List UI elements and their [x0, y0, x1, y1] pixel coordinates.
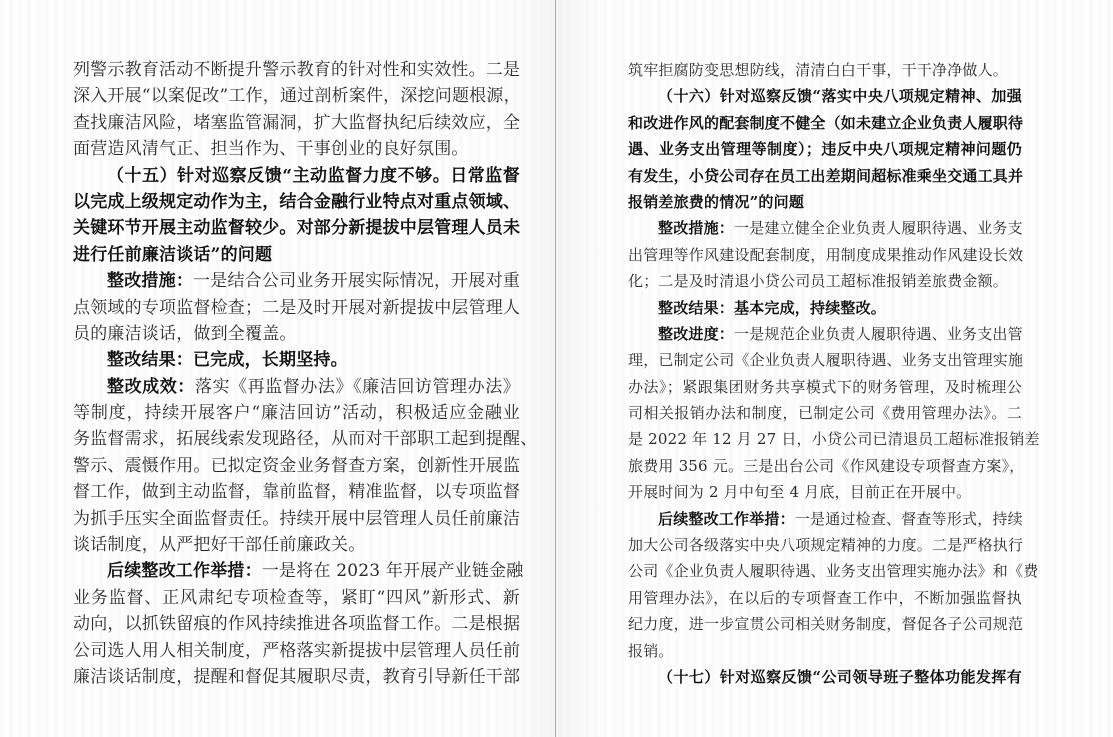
text-line: 廉洁谈话制度，提醒和督促其履职尽责，教育引导新任干部: [73, 664, 520, 690]
page-left: 列警示教育活动不断提升警示教育的针对性和实效性。二是深入开展“以案促改”工作，通…: [0, 0, 555, 737]
text-segment: 一是结合公司业务开展实际情况，开展对重: [193, 271, 520, 291]
text-line: 公司《企业负责人履职待遇、业务支出管理实施办法》和《费: [628, 558, 1022, 584]
page-right: 筑牢拒腐防变思想防线，清清白白干事，干干净净做人。（十六）针对巡察反馈“落实中央…: [556, 0, 1113, 737]
text-segment: 警示、震慑作用。已拟定资金业务督查方案，创新性开展监: [73, 456, 520, 476]
bold-text-segment: （十六）针对巡察反馈“落实中央八项规定精神、加强: [658, 87, 1022, 105]
text-line: 员的廉洁谈话，做到全覆盖。: [73, 321, 520, 347]
text-line: 动向，以抓铁留痕的作风持续推进各项监督工作。二是根据: [73, 611, 520, 637]
text-line: 开展时间为 2 月中旬至 4 月底，目前正在开展中。: [628, 479, 1022, 505]
bold-text-segment: 进行任前廉洁谈话”的问题: [73, 245, 272, 265]
text-segment: 谈话制度，从严把好干部任前廉政关。: [73, 535, 365, 555]
text-segment: 等制度，持续开展客户“廉洁回访”活动，积极适应金融业: [73, 403, 520, 423]
text-segment: 业务监督、正风肃纪专项检查等，紧盯“四风”新形式、新: [73, 588, 520, 608]
text-line: 整改措施：一是结合公司业务开展实际情况，开展对重: [73, 268, 520, 294]
text-segment: 旅费用 356 元。三是出台公司《作风建设专项督查方案》，: [628, 457, 1024, 475]
text-line: 遇、业务支出管理等制度）；违反中央八项规定精神问题仍: [628, 136, 1022, 162]
text-segment: 督工作，做到主动监督，靠前监督，精准监督，以专项监督: [73, 482, 520, 502]
text-line: 为抓手压实全面监督责任。持续开展中层管理人员任前廉洁: [73, 506, 520, 532]
bold-text-segment: 后续整改工作举措：: [658, 510, 795, 528]
text-line: 关键环节开展主动监督较少。对部分新提拔中层管理人员未: [73, 215, 520, 241]
text-line: 务监督需求，拓展线索发现路径，从而对干部职工起到提醒、: [73, 426, 520, 452]
text-line: 整改结果：基本完成，持续整改。: [628, 295, 1022, 321]
text-line: 整改进度：一是规范企业负责人履职待遇、业务支出管: [628, 321, 1022, 347]
bold-text-segment: 以完成上级规定动作为主，结合金融行业特点对重点领域、: [73, 192, 520, 212]
bold-text-segment: 整改措施：: [658, 219, 734, 237]
text-segment: 办法》；紧跟集团财务共享模式下的财务管理，及时梳理公: [628, 378, 1022, 396]
bold-text-segment: 后续整改工作举措：: [107, 561, 262, 581]
text-line: 后续整改工作举措：一是通过检查、督查等形式，持续: [628, 506, 1022, 532]
bold-text-segment: （十五）针对巡察反馈“主动监督力度不够。日常监督: [107, 166, 520, 186]
text-line: 等制度，持续开展客户“廉洁回访”活动，积极适应金融业: [73, 400, 520, 426]
text-segment: 为抓手压实全面监督责任。持续开展中层管理人员任前廉洁: [73, 509, 520, 529]
text-segment: 纪力度，进一步宣贯公司相关财务制度，督促各子公司规范: [628, 615, 1023, 633]
text-segment: 深入开展“以案促改”工作，通过剖析案件，深挖问题根源，: [73, 86, 521, 106]
text-line: （十六）针对巡察反馈“落实中央八项规定精神、加强: [628, 83, 1022, 109]
bold-text-segment: 整改结果：已完成，长期坚持。: [107, 350, 348, 370]
text-line: 司相关报销办法和制度，已制定公司《费用管理办法》。二: [628, 400, 1022, 426]
text-segment: 加大公司各级落实中央八项规定精神的力度。二是严格执行: [628, 536, 1023, 554]
text-line: 点领域的专项监督检查；二是及时开展对新提拔中层管理人: [73, 295, 520, 321]
text-line: 警示、震慑作用。已拟定资金业务督查方案，创新性开展监: [73, 453, 520, 479]
text-segment: 员的廉洁谈话，做到全覆盖。: [73, 324, 297, 344]
text-segment: 一是将在 2023 年开展产业链金融: [262, 561, 524, 581]
text-line: 加大公司各级落实中央八项规定精神的力度。二是严格执行: [628, 532, 1022, 558]
text-line: （十七）针对巡察反馈“公司领导班子整体功能发挥有: [628, 664, 1022, 690]
text-line: 整改成效：落实《再监督办法》《廉洁回访管理办法》: [73, 374, 520, 400]
text-segment: 报销。: [628, 642, 674, 660]
text-line: 业务监督、正风肃纪专项检查等，紧盯“四风”新形式、新: [73, 585, 520, 611]
text-segment: 面营造风清气正、担当作为、干事创业的良好氛围。: [73, 139, 469, 159]
text-line: 报销差旅费的情况”的问题: [628, 189, 1022, 215]
text-segment: 动向，以抓铁留痕的作风持续推进各项监督工作。二是根据: [73, 614, 520, 634]
text-line: 理，已制定公司《企业负责人履职待遇、业务支出管理实施: [628, 347, 1022, 373]
text-segment: 筑牢拒腐防变思想防线，清清白白干事，干干净净做人。: [628, 61, 1008, 79]
text-segment: 列警示教育活动不断提升警示教育的针对性和实效性。二是: [73, 60, 520, 80]
bold-text-segment: 整改成效：: [107, 377, 195, 397]
text-line: 和改进作风的配套制度不健全（如未建立企业负责人履职待: [628, 110, 1022, 136]
text-line: 化；二是及时清退小贷公司员工超标准报销差旅费金额。: [628, 268, 1022, 294]
text-line: （十五）针对巡察反馈“主动监督力度不够。日常监督: [73, 163, 520, 189]
text-segment: 查找廉洁风险，堵塞监管漏洞，扩大监督执纪后续效应，全: [73, 113, 520, 133]
text-line: 用管理办法》，在以后的专项督查工作中，不断加强监督执: [628, 585, 1022, 611]
text-line: 进行任前廉洁谈话”的问题: [73, 242, 520, 268]
document-sheet: 列警示教育活动不断提升警示教育的针对性和实效性。二是深入开展“以案促改”工作，通…: [0, 0, 1113, 737]
text-segment: 开展时间为 2 月中旬至 4 月底，目前正在开展中。: [628, 483, 971, 501]
bold-text-segment: 和改进作风的配套制度不健全（如未建立企业负责人履职待: [628, 114, 1023, 132]
text-line: 公司选人用人相关制度，严格落实新提拔中层管理人员任前: [73, 638, 520, 664]
bold-text-segment: 整改措施：: [107, 271, 193, 291]
text-line: 筑牢拒腐防变思想防线，清清白白干事，干干净净做人。: [628, 57, 1022, 83]
text-line: 面营造风清气正、担当作为、干事创业的良好氛围。: [73, 136, 520, 162]
text-line: 以完成上级规定动作为主，结合金融行业特点对重点领域、: [73, 189, 520, 215]
text-line: 督工作，做到主动监督，靠前监督，精准监督，以专项监督: [73, 479, 520, 505]
text-segment: 化；二是及时清退小贷公司员工超标准报销差旅费金额。: [628, 272, 1008, 290]
text-segment: 公司《企业负责人履职待遇、业务支出管理实施办法》和《费: [628, 562, 1038, 580]
text-segment: 廉洁谈话制度，提醒和督促其履职尽责，教育引导新任干部: [73, 667, 520, 687]
text-segment: 一是建立健全企业负责人履职待遇、业务支: [734, 219, 1023, 237]
text-line: 是 2022 年 12 月 27 日，小贷公司已清退员工超标准报销差: [628, 426, 1022, 452]
text-line: 旅费用 356 元。三是出台公司《作风建设专项督查方案》，: [628, 453, 1022, 479]
text-segment: 落实《再监督办法》《廉洁回访管理办法》: [195, 377, 520, 397]
bold-text-segment: 报销差旅费的情况”的问题: [628, 193, 804, 211]
text-line: 有发生，小贷公司存在员工出差期间超标准乘坐交通工具并: [628, 163, 1022, 189]
bold-text-segment: 遇、业务支出管理等制度）；违反中央八项规定精神问题仍: [628, 140, 1022, 158]
text-line: 谈话制度，从严把好干部任前廉政关。: [73, 532, 520, 558]
text-segment: 出管理等作风建设配套制度，用制度成果推动作风建设长效: [628, 246, 1023, 264]
text-segment: 点领域的专项监督检查；二是及时开展对新提拔中层管理人: [73, 298, 520, 318]
text-segment: 理，已制定公司《企业负责人履职待遇、业务支出管理实施: [628, 351, 1023, 369]
bold-text-segment: 整改进度：: [658, 325, 734, 343]
page-right-text: 筑牢拒腐防变思想防线，清清白白干事，干干净净做人。（十六）针对巡察反馈“落实中央…: [628, 57, 1022, 690]
text-segment: 是 2022 年 12 月 27 日，小贷公司已清退员工超标准报销差: [628, 430, 1040, 448]
bold-text-segment: 有发生，小贷公司存在员工出差期间超标准乘坐交通工具并: [628, 167, 1023, 185]
text-segment: 公司选人用人相关制度，严格落实新提拔中层管理人员任前: [73, 641, 520, 661]
text-line: 整改措施：一是建立健全企业负责人履职待遇、业务支: [628, 215, 1022, 241]
text-segment: 司相关报销办法和制度，已制定公司《费用管理办法》。二: [628, 404, 1022, 422]
text-line: 后续整改工作举措：一是将在 2023 年开展产业链金融: [73, 558, 520, 584]
text-segment: 务监督需求，拓展线索发现路径，从而对干部职工起到提醒、: [73, 429, 537, 449]
text-line: 办法》；紧跟集团财务共享模式下的财务管理，及时梳理公: [628, 374, 1022, 400]
page-left-text: 列警示教育活动不断提升警示教育的针对性和实效性。二是深入开展“以案促改”工作，通…: [73, 57, 520, 690]
bold-text-segment: （十七）针对巡察反馈“公司领导班子整体功能发挥有: [658, 668, 1022, 686]
text-line: 查找廉洁风险，堵塞监管漏洞，扩大监督执纪后续效应，全: [73, 110, 520, 136]
text-segment: 用管理办法》，在以后的专项督查工作中，不断加强监督执: [628, 589, 1022, 607]
text-line: 报销。: [628, 638, 1022, 664]
text-segment: 一是通过检查、督查等形式，持续: [795, 510, 1023, 528]
text-line: 出管理等作风建设配套制度，用制度成果推动作风建设长效: [628, 242, 1022, 268]
bold-text-segment: 整改结果：基本完成，持续整改。: [658, 299, 886, 317]
text-line: 列警示教育活动不断提升警示教育的针对性和实效性。二是: [73, 57, 520, 83]
text-segment: 一是规范企业负责人履职待遇、业务支出管: [734, 325, 1023, 343]
text-line: 整改结果：已完成，长期坚持。: [73, 347, 520, 373]
text-line: 纪力度，进一步宣贯公司相关财务制度，督促各子公司规范: [628, 611, 1022, 637]
bold-text-segment: 关键环节开展主动监督较少。对部分新提拔中层管理人员未: [73, 218, 520, 238]
text-line: 深入开展“以案促改”工作，通过剖析案件，深挖问题根源，: [73, 83, 520, 109]
